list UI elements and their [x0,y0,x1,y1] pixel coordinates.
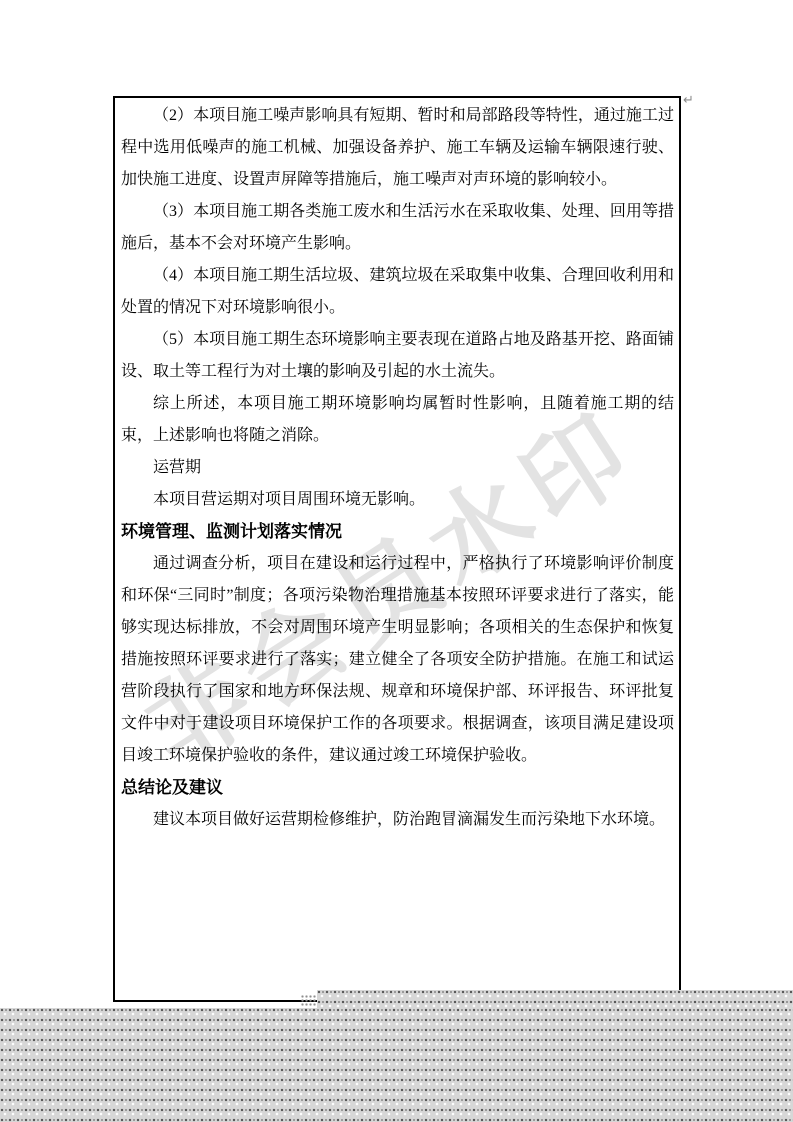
doc-paragraph: 运营期 [121,452,674,484]
scan-edge-dither-bottom [0,1008,793,1122]
doc-paragraph: 通过调查分析，项目在建设和运行过程中，严格执行了环境影响评价制度和环保“三同时”… [121,548,674,772]
doc-paragraph: 本项目营运期对项目周围环境无影响。 [121,484,674,516]
doc-paragraph: （5）本项目施工期生态环境影响主要表现在道路占地及路基开挖、路面铺设、取土等工程… [121,324,674,388]
section-heading: 总结论及建议 [121,772,674,804]
doc-paragraph: （4）本项目施工期生活垃圾、建筑垃圾在采取集中收集、合理回收利用和处置的情况下对… [121,260,674,324]
document-table-cell: （2）本项目施工噪声影响具有短期、暂时和局部路段等特性，通过施工过程中选用低噪声… [113,96,681,1002]
doc-paragraph: （2）本项目施工噪声影响具有短期、暂时和局部路段等特性，通过施工过程中选用低噪声… [121,100,674,196]
doc-paragraph: （3）本项目施工期各类施工废水和生活污水在采取收集、处理、回用等措施后，基本不会… [121,196,674,260]
doc-paragraph: 综上所述，本项目施工期环境影响均属暂时性影响，且随着施工期的结束，上述影响也将随… [121,388,674,452]
scan-artifact-smudge [301,995,316,1007]
document-page: 非会员水印 ↵ （2）本项目施工噪声影响具有短期、暂时和局部路段等特性，通过施工… [0,0,793,1122]
section-heading: 环境管理、监测计划落实情况 [121,516,674,548]
doc-paragraph: 建议本项目做好运营期检修维护，防治跑冒滴漏发生而污染地下水环境。 [121,804,674,836]
paragraph-return-icon: ↵ [683,94,694,107]
